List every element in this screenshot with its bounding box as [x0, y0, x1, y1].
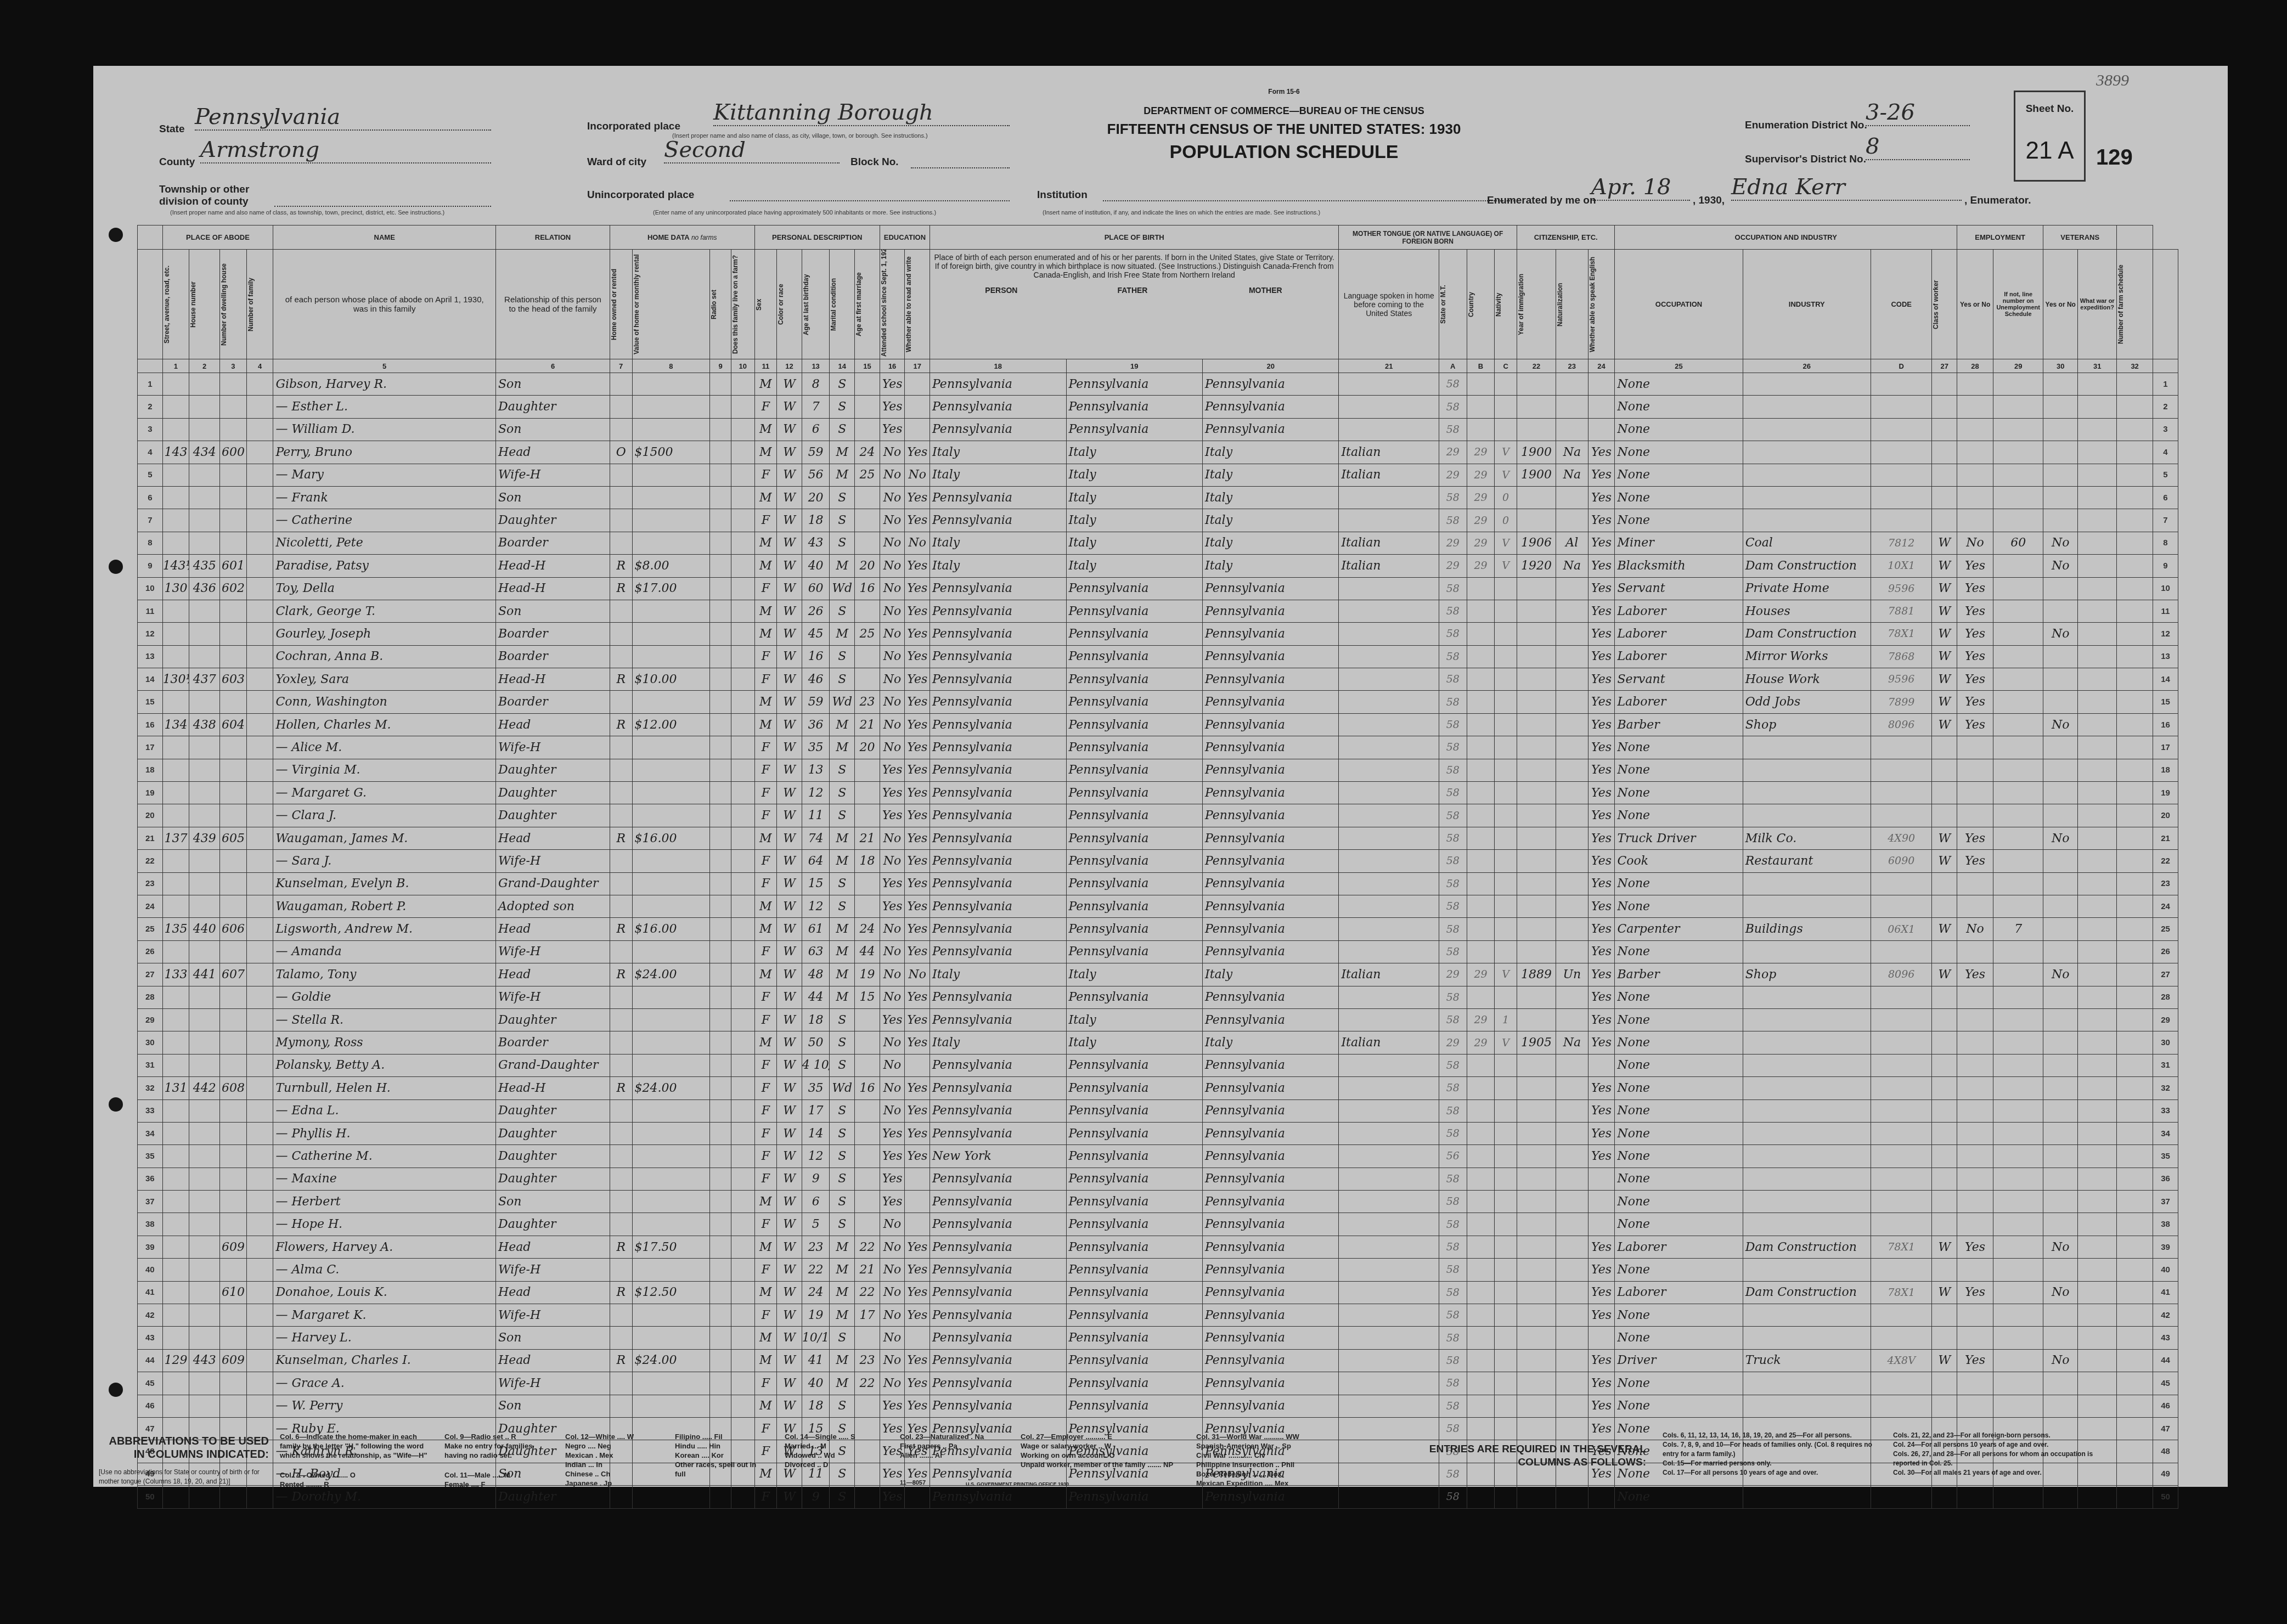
table-row: 15Conn, WashingtonBoarderMW59Wd23NoYesPe…: [138, 691, 2178, 713]
cell-read: Yes: [905, 1372, 930, 1395]
col-16-label: Attended school since Sept. 1, 1929: [880, 252, 888, 357]
cell-farm: [731, 963, 755, 986]
cell-school: No: [880, 1213, 905, 1236]
col-13-label: Age at last birthday: [802, 252, 810, 357]
cell-family: [246, 1281, 273, 1304]
cell-occupation: None: [1615, 1145, 1743, 1168]
cell-mother-birth: Italy: [1202, 963, 1338, 986]
cell-family: [246, 1054, 273, 1076]
cell-dwelling: [220, 1054, 247, 1076]
table-row: 40— Alma C.Wife-HFW22M21NoYesPennsylvani…: [138, 1259, 2178, 1281]
cell-codeB: [1467, 396, 1495, 418]
cell-codeC: [1495, 1145, 1517, 1168]
cell-unemp: [1993, 1099, 2043, 1122]
cell-farm-sched: [2117, 396, 2153, 418]
table-row: 23Kunselman, Evelyn B.Grand-DaughterFW15…: [138, 872, 2178, 895]
line-number: 36: [138, 1168, 163, 1190]
cell-class: [1932, 509, 1957, 532]
cell-codeC: V: [1495, 532, 1517, 554]
cell-house: [189, 486, 220, 509]
cell-farm-sched: [2117, 940, 2153, 963]
cell-race: W: [777, 1168, 802, 1190]
cell-value: [632, 373, 710, 396]
col-25-label: OCCUPATION: [1615, 250, 1743, 359]
cell-natur: [1556, 782, 1588, 804]
cell-race: W: [777, 373, 802, 396]
cell-school: No: [880, 713, 905, 736]
cell-war: [2078, 1349, 2117, 1372]
entries-title: ENTRIES ARE REQUIRED IN THE SEVERAL COLU…: [1416, 1443, 1646, 1469]
cell-value: [632, 804, 710, 827]
cell-occupation: None: [1615, 441, 1743, 464]
cell-code-d: [1871, 1327, 1932, 1349]
cell-school: No: [880, 577, 905, 600]
cell-radio: [710, 691, 731, 713]
cell-street: [162, 759, 189, 781]
cell-war: [2078, 1259, 2117, 1281]
cell-farm-sched: [2117, 986, 2153, 1008]
cell-relation: Daughter: [496, 804, 610, 827]
cell-birth: Italy: [930, 963, 1066, 986]
unincorporated-value: [730, 184, 1010, 201]
cell-code-d: [1871, 782, 1932, 804]
cell-vet: No: [2043, 1349, 2078, 1372]
line-number: 38: [138, 1213, 163, 1236]
cell-war: [2078, 441, 2117, 464]
cell-radio: [710, 1099, 731, 1122]
cell-house: [189, 1122, 220, 1144]
cell-emp: No: [1957, 532, 1993, 554]
cell-owned: [610, 759, 632, 781]
cell-race: W: [777, 1259, 802, 1281]
cell-marital: S: [830, 509, 855, 532]
cell-age: 14: [802, 1122, 830, 1144]
cell-codeB: [1467, 940, 1495, 963]
cell-emp: [1957, 418, 1993, 441]
cell-family: [246, 623, 273, 645]
cell-codeB: [1467, 782, 1495, 804]
cell-value: $17.00: [632, 577, 710, 600]
cell-name: Nicoletti, Pete: [273, 532, 496, 554]
cell-name: — Stella R.: [273, 1008, 496, 1031]
cell-industry: Restaurant: [1743, 850, 1871, 872]
group-veterans: VETERANS: [2043, 225, 2117, 250]
column-number: 13: [802, 359, 830, 373]
cell-father-birth: Pennsylvania: [1066, 759, 1202, 781]
cell-immig: [1517, 1236, 1556, 1258]
cell-codeB: [1467, 872, 1495, 895]
cell-house: [189, 1395, 220, 1417]
cell-class: W: [1932, 850, 1957, 872]
cell-father-birth: Pennsylvania: [1066, 713, 1202, 736]
cell-farm: [731, 532, 755, 554]
cell-tongue: [1339, 986, 1439, 1008]
spacer: [2153, 250, 2178, 359]
cell-sex: F: [754, 736, 777, 759]
cell-race: W: [777, 668, 802, 691]
cell-street: 129: [162, 1349, 189, 1372]
cell-house: 440: [189, 918, 220, 940]
cell-code-d: [1871, 1259, 1932, 1281]
group-occupation: OCCUPATION AND INDUSTRY: [1615, 225, 1957, 250]
cell-war: [2078, 623, 2117, 645]
cell-marital: Wd: [830, 577, 855, 600]
cell-emp: [1957, 736, 1993, 759]
cell-sex: F: [754, 1077, 777, 1099]
cell-birth: Pennsylvania: [930, 1191, 1066, 1213]
cell-radio: [710, 1191, 731, 1213]
cell-age-marr: [855, 373, 880, 396]
cell-sex: F: [754, 668, 777, 691]
cell-read: [905, 1191, 930, 1213]
birth-desc-text: Place of birth of each person enumerated…: [933, 253, 1335, 279]
cell-tongue: [1339, 1168, 1439, 1190]
cell-race: W: [777, 486, 802, 509]
table-row: 35— Catherine M.DaughterFW12SYesYesNew Y…: [138, 1145, 2178, 1168]
cell-class: W: [1932, 645, 1957, 668]
cell-codeC: [1495, 1372, 1517, 1395]
cell-codeA: 58: [1439, 713, 1467, 736]
cell-dwelling: 609: [220, 1349, 247, 1372]
cell-vet: [2043, 396, 2078, 418]
cell-value: [632, 509, 710, 532]
cell-code-d: [1871, 486, 1932, 509]
cell-natur: [1556, 1054, 1588, 1076]
cell-radio: [710, 895, 731, 917]
cell-sex: M: [754, 418, 777, 441]
cell-marital: M: [830, 1281, 855, 1304]
cell-school: No: [880, 1281, 905, 1304]
line-number: 21: [138, 827, 163, 849]
abbrev-col7: Col. 7—Owned ........ O Rented ........ …: [280, 1470, 428, 1489]
cell-mother-birth: Pennsylvania: [1202, 940, 1338, 963]
table-row: 9143½435601Paradise, PatsyHead-HR$8.00MW…: [138, 555, 2178, 577]
cell-owned: [610, 1191, 632, 1213]
cell-tongue: [1339, 373, 1439, 396]
cell-age-marr: [855, 1213, 880, 1236]
cell-unemp: [1993, 645, 2043, 668]
cell-name: Mymony, Ross: [273, 1031, 496, 1054]
line-number-right: 34: [2153, 1122, 2178, 1144]
cell-english: Yes: [1588, 986, 1615, 1008]
cell-age-marr: 19: [855, 963, 880, 986]
cell-birth: Pennsylvania: [930, 713, 1066, 736]
cell-unemp: [1993, 759, 2043, 781]
cell-unemp: [1993, 940, 2043, 963]
cell-immig: [1517, 827, 1556, 849]
cell-school: Yes: [880, 895, 905, 917]
cell-class: W: [1932, 1236, 1957, 1258]
column-number: 19: [1066, 359, 1202, 373]
cell-code-d: [1871, 1168, 1932, 1190]
cell-school: No: [880, 600, 905, 622]
cell-codeB: [1467, 645, 1495, 668]
cell-vet: [2043, 509, 2078, 532]
cell-family: [246, 577, 273, 600]
cell-unemp: [1993, 1145, 2043, 1168]
line-number: 31: [138, 1054, 163, 1076]
cell-immig: [1517, 1281, 1556, 1304]
cell-family: [246, 600, 273, 622]
cell-house: [189, 1259, 220, 1281]
cell-codeA: 58: [1439, 1054, 1467, 1076]
cell-name: — Mary: [273, 464, 496, 486]
cell-age-marr: [855, 1008, 880, 1031]
cell-marital: S: [830, 872, 855, 895]
cell-farm-sched: [2117, 600, 2153, 622]
cell-farm-sched: [2117, 373, 2153, 396]
cell-birth: Italy: [930, 555, 1066, 577]
cell-emp: Yes: [1957, 827, 1993, 849]
institution-label: Institution: [1037, 189, 1088, 201]
cell-mother-birth: Pennsylvania: [1202, 1304, 1338, 1327]
cell-father-birth: Pennsylvania: [1066, 1077, 1202, 1099]
cell-codeC: [1495, 1281, 1517, 1304]
cell-read: Yes: [905, 668, 930, 691]
cell-mother-birth: Italy: [1202, 1031, 1338, 1054]
cell-read: Yes: [905, 486, 930, 509]
cell-farm-sched: [2117, 441, 2153, 464]
cell-war: [2078, 1236, 2117, 1258]
cell-radio: [710, 418, 731, 441]
cell-school: No: [880, 668, 905, 691]
cell-codeC: [1495, 872, 1517, 895]
cell-age: 12: [802, 1145, 830, 1168]
line-number-right: 8: [2153, 532, 2178, 554]
cell-occupation: None: [1615, 782, 1743, 804]
cell-emp: Yes: [1957, 600, 1993, 622]
county-label: County: [159, 156, 195, 168]
cell-english: Yes: [1588, 804, 1615, 827]
cell-farm-sched: [2117, 827, 2153, 849]
cell-age: 10/12: [802, 1327, 830, 1349]
cell-immig: [1517, 1304, 1556, 1327]
cell-dwelling: [220, 373, 247, 396]
line-number-right: 13: [2153, 645, 2178, 668]
cell-occupation: None: [1615, 1372, 1743, 1395]
cell-codeC: [1495, 1168, 1517, 1190]
cell-age: 18: [802, 1008, 830, 1031]
line-number-right: 27: [2153, 963, 2178, 986]
cell-family: [246, 782, 273, 804]
cell-occupation: None: [1615, 509, 1743, 532]
cell-age: 60: [802, 577, 830, 600]
cell-school: No: [880, 1236, 905, 1258]
birth-desc: Place of birth of each person enumerated…: [930, 250, 1339, 359]
cell-mother-birth: Pennsylvania: [1202, 691, 1338, 713]
column-number: 16: [880, 359, 905, 373]
line-number-right: 45: [2153, 1372, 2178, 1395]
table-row: 21137439605Waugaman, James M.HeadR$16.00…: [138, 827, 2178, 849]
cell-farm-sched: [2117, 1372, 2153, 1395]
cell-war: [2078, 736, 2117, 759]
cell-value: [632, 396, 710, 418]
cell-natur: [1556, 1259, 1588, 1281]
cell-farm-sched: [2117, 1281, 2153, 1304]
cell-house: 442: [189, 1077, 220, 1099]
table-row: 44129443609Kunselman, Charles I.HeadR$24…: [138, 1349, 2178, 1372]
cell-race: W: [777, 1236, 802, 1258]
cell-race: W: [777, 1099, 802, 1122]
unincorporated-note: (Enter name of any unincorporated place …: [653, 210, 936, 216]
cell-english: [1588, 418, 1615, 441]
cell-farm: [731, 1327, 755, 1349]
cell-read: [905, 373, 930, 396]
cell-industry: [1743, 1213, 1871, 1236]
cell-tongue: [1339, 396, 1439, 418]
cell-codeB: [1467, 600, 1495, 622]
cell-value: [632, 1304, 710, 1327]
cell-immig: [1517, 418, 1556, 441]
col-32-label: Number of farm schedule: [2117, 252, 2125, 357]
cell-immig: [1517, 1372, 1556, 1395]
cell-war: [2078, 1168, 2117, 1190]
column-number: 31: [2078, 359, 2117, 373]
table-row: 6— FrankSonMW20SNoYesPennsylvaniaItalyIt…: [138, 486, 2178, 509]
cell-relation: Daughter: [496, 1168, 610, 1190]
cell-industry: [1743, 1122, 1871, 1144]
cell-farm-sched: [2117, 464, 2153, 486]
cell-race: W: [777, 645, 802, 668]
cell-mother-birth: Pennsylvania: [1202, 1054, 1338, 1076]
cell-school: No: [880, 555, 905, 577]
cell-school: No: [880, 918, 905, 940]
corner-note: 3899: [2096, 71, 2129, 90]
cell-value: $10.00: [632, 668, 710, 691]
cell-class: [1932, 736, 1957, 759]
cell-school: No: [880, 1349, 905, 1372]
cell-farm-sched: [2117, 1304, 2153, 1327]
cell-codeA: 58: [1439, 1077, 1467, 1099]
cell-farm: [731, 1099, 755, 1122]
line-number-right: 38: [2153, 1213, 2178, 1236]
cell-age: 56: [802, 464, 830, 486]
cell-age: 48: [802, 963, 830, 986]
cell-farm: [731, 895, 755, 917]
cell-dwelling: 605: [220, 827, 247, 849]
table-row: 42— Margaret K.Wife-HFW19M17NoYesPennsyl…: [138, 1304, 2178, 1327]
cell-english: Yes: [1588, 623, 1615, 645]
cell-relation: Head: [496, 441, 610, 464]
cell-street: [162, 623, 189, 645]
line-number: 11: [138, 600, 163, 622]
cell-birth: Pennsylvania: [930, 600, 1066, 622]
ward-label: Ward of city: [587, 156, 646, 168]
cell-owned: [610, 1168, 632, 1190]
cell-marital: M: [830, 464, 855, 486]
cell-value: $24.00: [632, 1349, 710, 1372]
cell-codeB: [1467, 418, 1495, 441]
cell-radio: [710, 668, 731, 691]
line-number-right: 16: [2153, 713, 2178, 736]
cell-unemp: [1993, 1349, 2043, 1372]
cell-code-d: [1871, 759, 1932, 781]
cell-codeC: [1495, 1099, 1517, 1122]
cell-code-d: [1871, 396, 1932, 418]
cell-unemp: [1993, 782, 2043, 804]
cell-english: Yes: [1588, 963, 1615, 986]
cell-age-marr: 22: [855, 1236, 880, 1258]
cell-age: 74: [802, 827, 830, 849]
cell-birth: Italy: [930, 1031, 1066, 1054]
cell-codeB: 29: [1467, 1031, 1495, 1054]
col-18-label: PERSON: [933, 286, 1069, 295]
cell-father-birth: Pennsylvania: [1066, 1236, 1202, 1258]
cell-industry: [1743, 1054, 1871, 1076]
line-number: 44: [138, 1349, 163, 1372]
cell-father-birth: Italy: [1066, 509, 1202, 532]
cell-code-d: [1871, 1145, 1932, 1168]
cell-relation: Head-H: [496, 1077, 610, 1099]
cell-age: 5: [802, 1213, 830, 1236]
cell-codeC: [1495, 623, 1517, 645]
cell-sex: F: [754, 940, 777, 963]
cell-relation: Son: [496, 418, 610, 441]
cell-read: Yes: [905, 759, 930, 781]
cell-age: 64: [802, 850, 830, 872]
cell-dwelling: [220, 691, 247, 713]
cell-farm: [731, 713, 755, 736]
cell-father-birth: Pennsylvania: [1066, 668, 1202, 691]
cell-sex: M: [754, 373, 777, 396]
cell-value: $12.00: [632, 713, 710, 736]
col-1-label: Street, avenue, road, etc.: [163, 252, 171, 357]
cell-farm: [731, 918, 755, 940]
cell-industry: [1743, 418, 1871, 441]
cell-age: 11: [802, 804, 830, 827]
group-abode: PLACE OF ABODE: [162, 225, 273, 250]
cell-industry: [1743, 1168, 1871, 1190]
cell-vet: [2043, 645, 2078, 668]
cell-immig: [1517, 736, 1556, 759]
cell-tongue: [1339, 600, 1439, 622]
cell-war: [2078, 827, 2117, 849]
cell-war: [2078, 668, 2117, 691]
cell-war: [2078, 872, 2117, 895]
binder-hole: [109, 228, 123, 242]
cell-dwelling: [220, 736, 247, 759]
cell-family: [246, 1236, 273, 1258]
cell-farm: [731, 1259, 755, 1281]
spacer: [2153, 359, 2178, 373]
cell-age-marr: [855, 1122, 880, 1144]
cell-unemp: 7: [1993, 918, 2043, 940]
cell-emp: Yes: [1957, 691, 1993, 713]
cell-family: [246, 1077, 273, 1099]
cell-relation: Wife-H: [496, 1259, 610, 1281]
cell-relation: Head: [496, 827, 610, 849]
cell-vet: [2043, 759, 2078, 781]
cell-race: W: [777, 1008, 802, 1031]
cell-marital: M: [830, 1372, 855, 1395]
cell-vet: [2043, 1031, 2078, 1054]
cell-codeC: [1495, 1236, 1517, 1258]
cell-father-birth: Pennsylvania: [1066, 623, 1202, 645]
line-number-right: 43: [2153, 1327, 2178, 1349]
cell-house: 436: [189, 577, 220, 600]
col-30-label: Yes or No: [2043, 250, 2078, 359]
cell-natur: [1556, 713, 1588, 736]
cell-class: W: [1932, 623, 1957, 645]
cell-birth: Pennsylvania: [930, 759, 1066, 781]
cell-emp: [1957, 804, 1993, 827]
cell-natur: Na: [1556, 1031, 1588, 1054]
cell-codeC: V: [1495, 555, 1517, 577]
cell-house: [189, 895, 220, 917]
line-number: 42: [138, 1304, 163, 1327]
column-number: 23: [1556, 359, 1588, 373]
line-number-right: 2: [2153, 396, 2178, 418]
